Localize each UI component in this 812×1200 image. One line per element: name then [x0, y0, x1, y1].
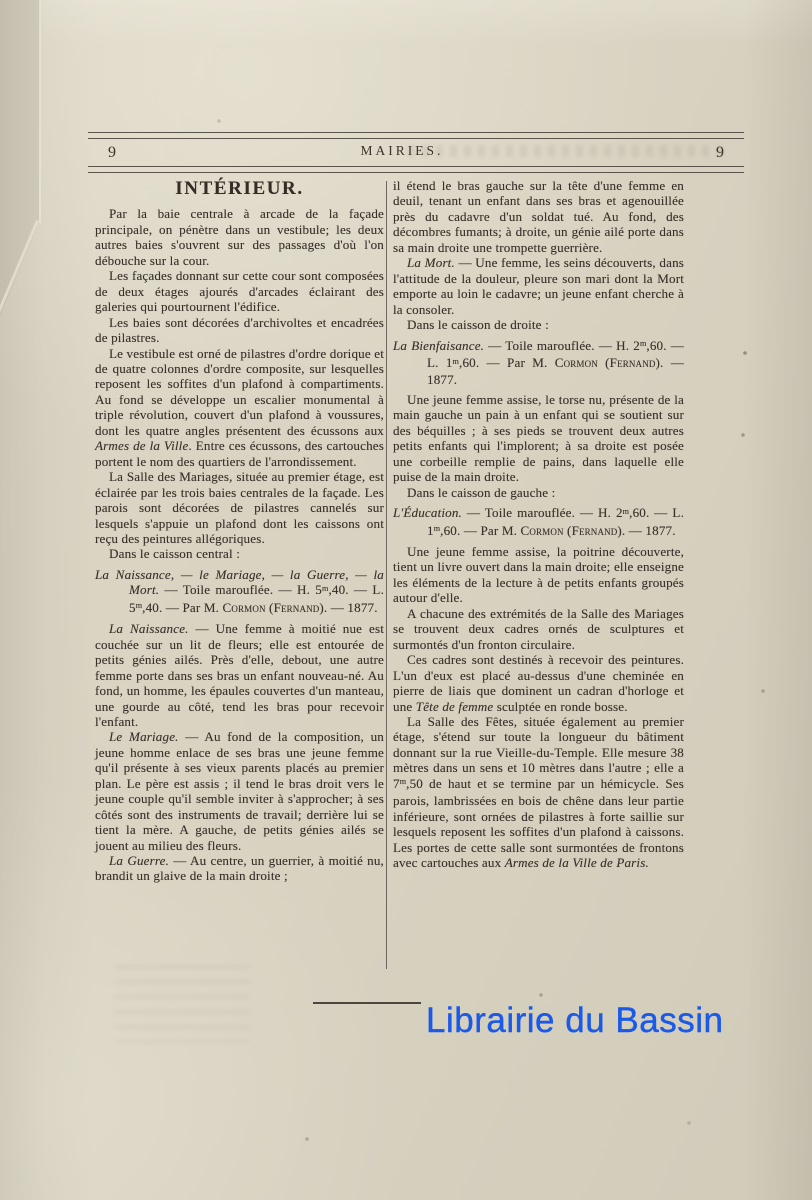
text-run: La Naissance.	[109, 621, 189, 636]
paragraph: Le vestibule est orné de pilastres d'ord…	[95, 346, 384, 470]
text-run: m	[640, 339, 646, 348]
text-run: (	[266, 600, 274, 615]
text-run: ,40. — Par M.	[142, 600, 222, 615]
text-run: m	[400, 777, 406, 786]
text-run: il étend le bras gauche sur la tête d'un…	[393, 178, 684, 255]
column-right-flow: il étend le bras gauche sur la tête d'un…	[393, 178, 684, 870]
text-run: Cormon	[222, 600, 265, 615]
underlying-page-corner	[0, 0, 42, 318]
text-run: Armes de la Ville de Paris.	[505, 855, 649, 870]
header-row: 9 MAIRIES. 9	[88, 139, 744, 166]
column-right: il étend le bras gauche sur la tête d'un…	[393, 178, 684, 870]
text-run: Une jeune femme assise, la poitrine déco…	[393, 544, 684, 605]
paragraph: Une jeune femme assise, le torse nu, pré…	[393, 392, 684, 485]
paragraph: A chacune des extrémités de la Salle des…	[393, 606, 684, 652]
text-run: Le vestibule est orné de pilastres d'ord…	[95, 346, 384, 438]
text-run: La Guerre.	[109, 853, 169, 868]
paragraph: Une jeune femme assise, la poitrine déco…	[393, 544, 684, 606]
text-run: L'Éducation.	[393, 505, 462, 520]
paragraph: La Salle des Mariages, située au premier…	[95, 469, 384, 546]
text-run: ,60. — Par M.	[440, 523, 520, 538]
showthrough-smudge	[115, 965, 250, 1043]
text-run: — Toile marouflée. — H. 2	[484, 338, 640, 353]
text-run: Par la baie centrale à arcade de la faça…	[95, 206, 384, 267]
text-run: Dans le caisson central :	[109, 546, 240, 561]
text-run: ). — 1877.	[319, 600, 377, 615]
running-title: MAIRIES.	[88, 143, 716, 159]
page-number-right: 9	[716, 144, 724, 162]
text-run: ,60. — Par M.	[459, 355, 555, 370]
text-run: sculptée en ronde bosse.	[493, 699, 627, 714]
text-run: La Salle des Mariages, située au premier…	[95, 469, 384, 546]
text-run: — Une femme à moitié nue est couchée sur…	[95, 621, 384, 729]
paragraph: Ces cadres sont destinés à recevoir des …	[393, 652, 684, 714]
section-title: INTÉRIEUR.	[95, 181, 384, 196]
paragraph: Par la baie centrale à arcade de la faça…	[95, 206, 384, 268]
text-run: Fernand	[274, 600, 320, 615]
text-run: Cormon	[520, 523, 563, 538]
column-left: INTÉRIEUR. Par la baie centrale à arcade…	[95, 181, 384, 884]
paragraph: il étend le bras gauche sur la tête d'un…	[393, 178, 684, 255]
text-run: Tête de femme	[416, 699, 494, 714]
paragraph: La Salle des Fêtes, située également au …	[393, 714, 684, 871]
text-run: Dans le caisson de gauche :	[407, 485, 555, 500]
catalog-entry: L'Éducation. — Toile marouflée. — H. 2m,…	[393, 505, 684, 540]
text-run: m	[322, 584, 328, 593]
text-run: m	[136, 601, 142, 610]
text-run: La Mort.	[407, 255, 455, 270]
paragraph: La Naissance. — Une femme à moitié nue e…	[95, 621, 384, 729]
text-run: Fernand	[572, 523, 618, 538]
column-left-flow: Par la baie centrale à arcade de la faça…	[95, 206, 384, 883]
text-run: m	[453, 357, 459, 366]
catalog-entry: La Naissance, — le Mariage, — la Guerre,…	[95, 567, 384, 617]
watermark-text: Librairie du Bassin	[426, 1001, 723, 1041]
header-rule-bottom	[88, 166, 744, 173]
paragraph: La Guerre. — Au centre, un guerrier, à m…	[95, 853, 384, 884]
text-run: Fernand	[610, 355, 656, 370]
text-run: Armes de la Ville	[95, 438, 188, 453]
text-run: Dans le caisson de droite :	[407, 317, 549, 332]
page-edge-highlight	[39, 0, 41, 223]
paragraph: Dans le caisson central :	[95, 546, 384, 561]
paragraph: Dans le caisson de gauche :	[393, 485, 684, 500]
text-run: Les baies sont décorées d'archivoltes et…	[95, 315, 384, 345]
scan-specks	[0, 0, 2, 2]
page-header: 9 MAIRIES. 9	[88, 132, 744, 173]
section-divider-rule	[313, 1002, 421, 1004]
paragraph: Dans le caisson de droite :	[393, 317, 684, 332]
text-run: Une jeune femme assise, le torse nu, pré…	[393, 392, 684, 484]
text-run: — Au fond de la composition, un jeune ho…	[95, 729, 384, 852]
text-run: Les façades donnant sur cette cour sont …	[95, 268, 384, 314]
catalog-entry: La Bienfaisance. — Toile marouflée. — H.…	[393, 338, 684, 388]
paragraph: Le Mariage. — Au fond de la composition,…	[95, 729, 384, 853]
text-run: ). — 1877.	[617, 523, 675, 538]
column-divider-rule	[386, 181, 387, 969]
text-run: — Toile marouflée. — H. 2	[462, 505, 623, 520]
paragraph: La Mort. — Une femme, les seins découver…	[393, 255, 684, 317]
text-run: — Toile marouflée. — H. 5	[159, 582, 322, 597]
text-run: Cormon	[555, 355, 598, 370]
text-run: (	[598, 355, 610, 370]
text-run: A chacune des extrémités de la Salle des…	[393, 606, 684, 652]
text-run: m	[434, 524, 440, 533]
text-run: m	[623, 507, 629, 516]
text-run: (	[564, 523, 572, 538]
header-rule-top	[88, 132, 744, 139]
book-page-scan: { "header": { "page_number_left": "9", "…	[0, 0, 812, 1200]
text-run: Le Mariage.	[109, 729, 179, 744]
paragraph: Les baies sont décorées d'archivoltes et…	[95, 315, 384, 346]
text-run: La Bienfaisance.	[393, 338, 484, 353]
paragraph: Les façades donnant sur cette cour sont …	[95, 268, 384, 314]
